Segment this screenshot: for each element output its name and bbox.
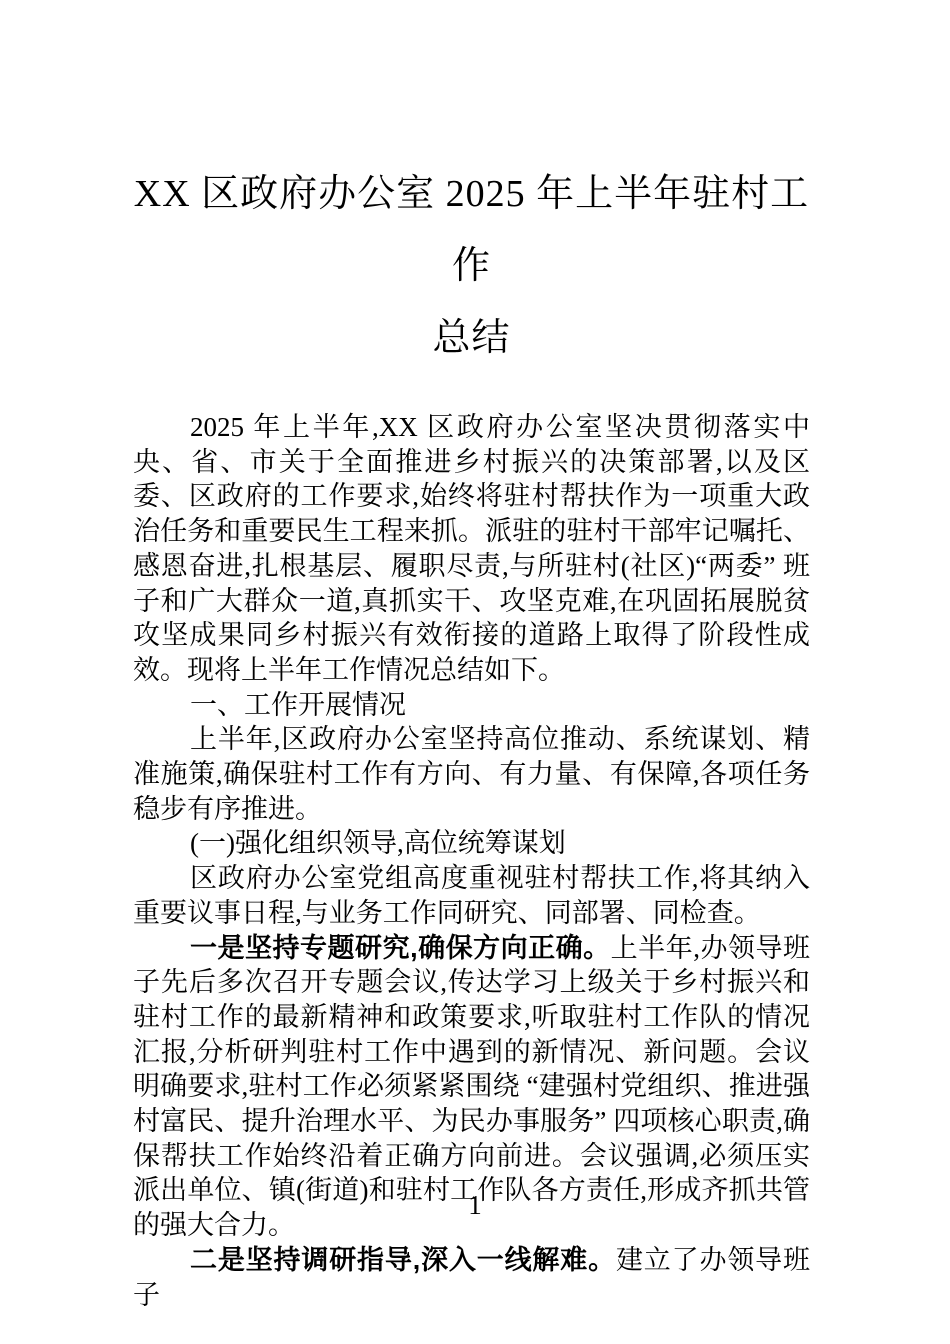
point-2-lead-bold: 二是坚持调研指导,深入一线解难。 (190, 1245, 616, 1275)
section-1-paragraph: 上半年,区政府办公室坚持高位推动、系统谋划、精准施策,确保驻村工作有方向、有力量… (133, 722, 810, 826)
document-title-line-1: XX 区政府办公室 2025 年上半年驻村工作 (133, 158, 810, 302)
document-body: 2025 年上半年,XX 区政府办公室坚决贯彻落实中央、省、市关于全面推进乡村振… (133, 410, 810, 1312)
subsection-heading-1-1: (一)强化组织领导,高位统筹谋划 (133, 826, 810, 861)
point-2-paragraph: 二是坚持调研指导,深入一线解难。建立了办领导班子 (133, 1243, 810, 1312)
subsection-1-1-paragraph: 区政府办公室党组高度重视驻村帮扶工作,将其纳入重要议事日程,与业务工作同研究、同… (133, 861, 810, 930)
section-heading-1: 一、工作开展情况 (133, 688, 810, 723)
document-content: XX 区政府办公室 2025 年上半年驻村工作 总结 2025 年上半年,XX … (0, 158, 950, 1312)
document-page: XX 区政府办公室 2025 年上半年驻村工作 总结 2025 年上半年,XX … (0, 0, 950, 1344)
document-title-line-2: 总结 (133, 302, 810, 374)
document-title: XX 区政府办公室 2025 年上半年驻村工作 总结 (133, 158, 810, 374)
page-number: 1 (0, 1188, 950, 1222)
intro-paragraph: 2025 年上半年,XX 区政府办公室坚决贯彻落实中央、省、市关于全面推进乡村振… (133, 410, 810, 688)
point-1-lead-bold: 一是坚持专题研究,确保方向正确。 (190, 933, 611, 963)
